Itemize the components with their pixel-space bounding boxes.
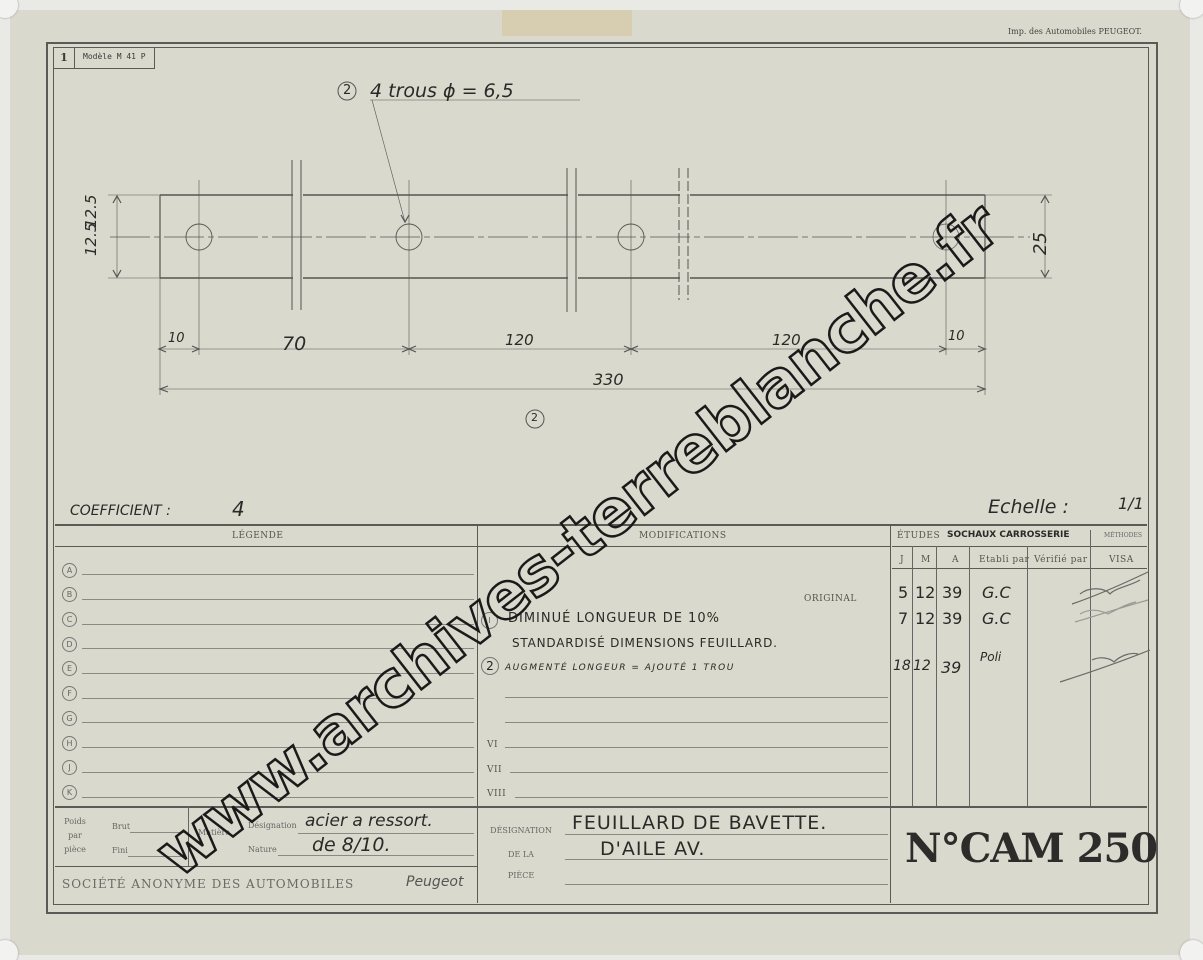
piece-label-1: DÉSIGNATION xyxy=(486,826,556,835)
peugeot-logo: Peugeot xyxy=(406,874,463,890)
part-number-value: CAM 250 xyxy=(960,825,1158,872)
part-number-prefix: N° xyxy=(905,825,960,872)
poids-brut-label: Brut xyxy=(112,822,130,831)
piece-name-line1: FEUILLARD DE BAVETTE. xyxy=(572,812,827,834)
poids-label: Poids par pièce xyxy=(62,815,88,857)
part-number: N°CAM 250 xyxy=(905,825,1157,872)
piece-label-3: PIÈCE xyxy=(486,871,556,880)
piece-name-line2: D'AILE AV. xyxy=(600,838,705,860)
poids-fini-label: Fini xyxy=(112,846,128,855)
designation-value: acier a ressort. xyxy=(305,811,433,831)
nature-value: de 8/10. xyxy=(312,834,391,856)
piece-label-2: DE LA xyxy=(486,850,556,859)
company-name: SOCIÉTÉ ANONYME DES AUTOMOBILES xyxy=(62,877,354,891)
nature-label: Nature xyxy=(248,845,277,854)
